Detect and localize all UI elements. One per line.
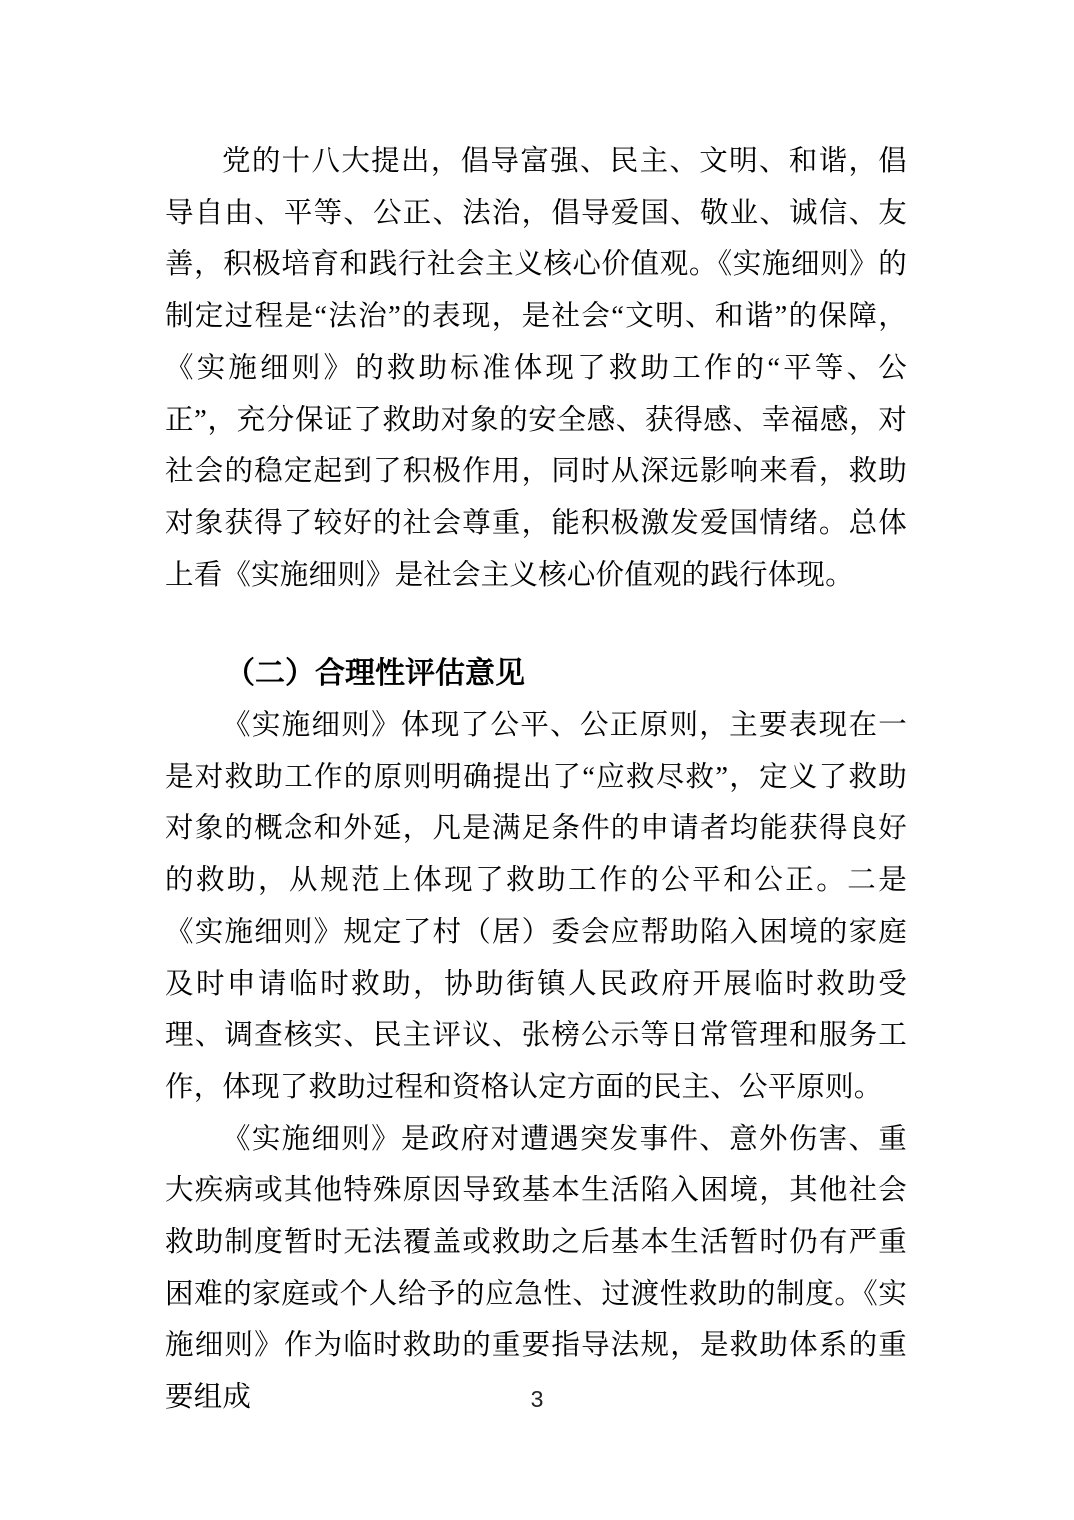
document-page: 党的十八大提出，倡导富强、民主、文明、和谐，倡导自由、平等、公正、法治，倡导爱国… xyxy=(0,0,1074,1520)
page-number: 3 xyxy=(0,1386,1074,1413)
body-paragraph-core-values: 党的十八大提出，倡导富强、民主、文明、和谐，倡导自由、平等、公正、法治，倡导爱国… xyxy=(165,136,907,601)
section-heading-reasonableness: （二）合理性评估意见 xyxy=(165,648,907,700)
body-paragraph-fairness: 《实施细则》体现了公平、公正原则，主要表现在一是对救助工作的原则明确提出了“应救… xyxy=(165,700,907,1114)
body-paragraph-temporary-assistance: 《实施细则》是政府对遭遇突发事件、意外伤害、重大疾病或其他特殊原因导致基本生活陷… xyxy=(165,1114,907,1424)
document-body: 党的十八大提出，倡导富强、民主、文明、和谐，倡导自由、平等、公正、法治，倡导爱国… xyxy=(165,136,907,1424)
